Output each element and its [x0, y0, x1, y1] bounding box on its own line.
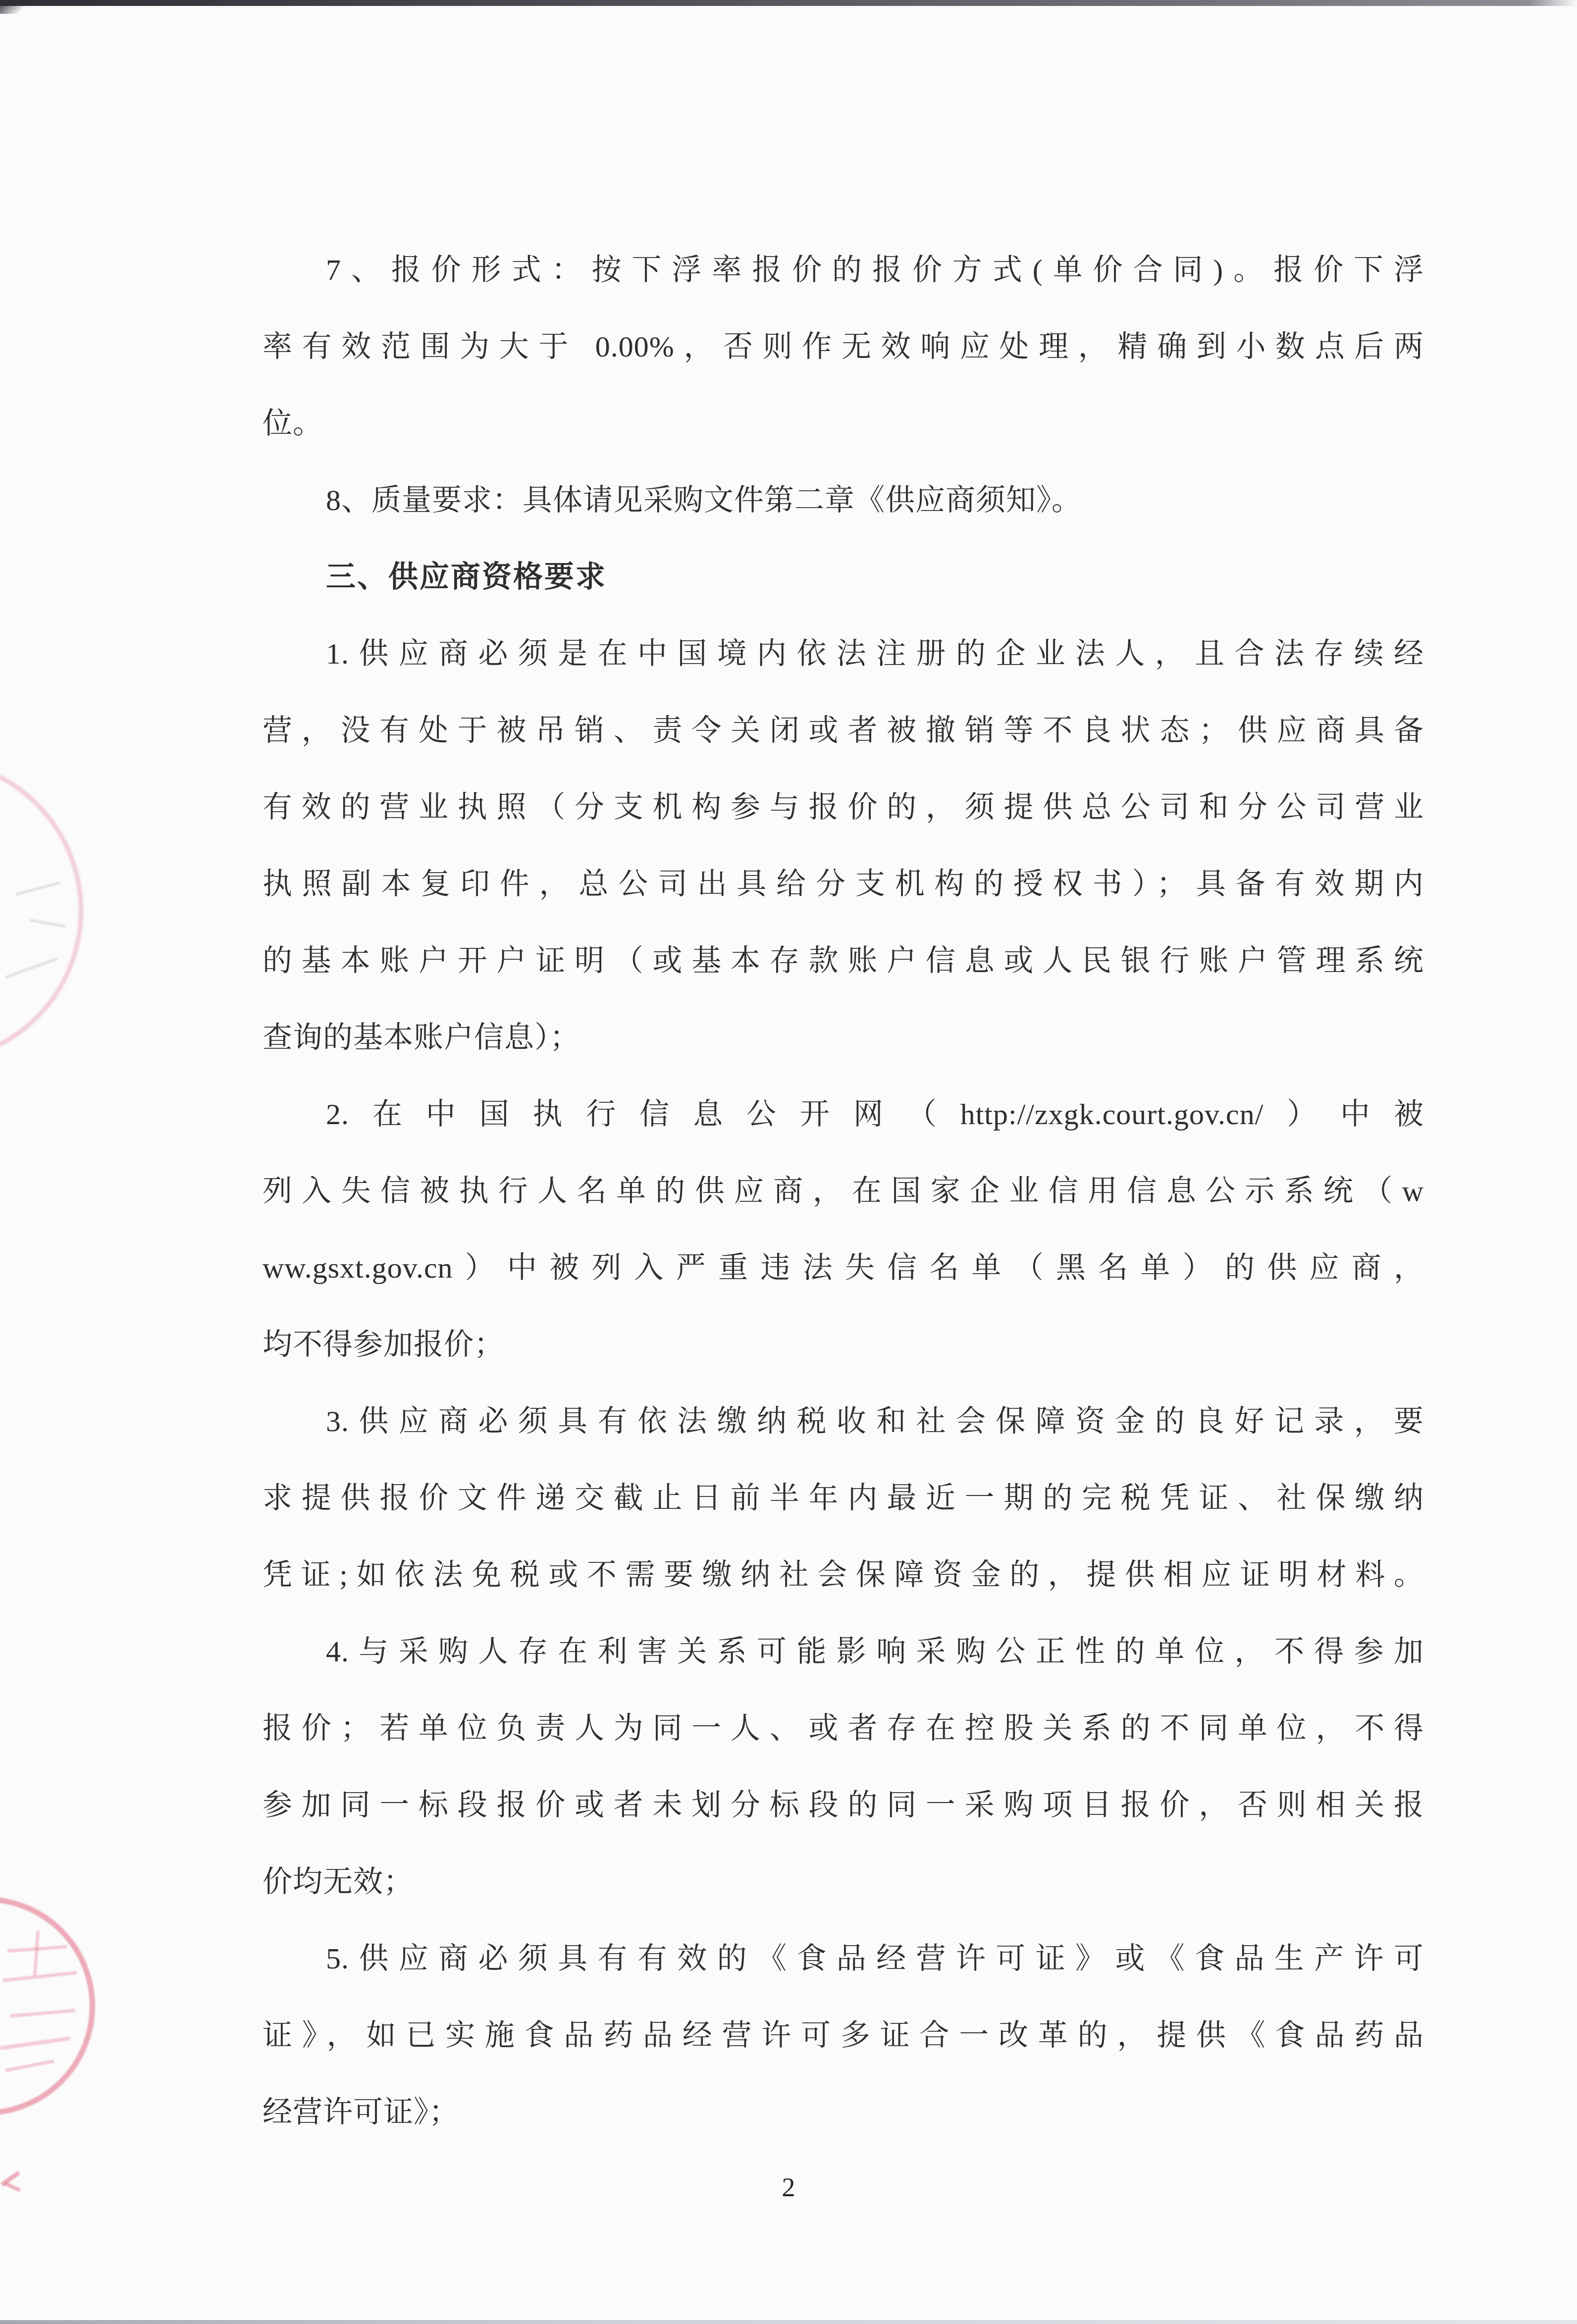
scan-edge-top	[0, 0, 1577, 6]
section-heading: 三、供应商资格要求	[263, 539, 1424, 616]
text-line: 证》，如已实施食品药品经营许可多证合一改革的，提供《食品药品	[263, 1997, 1424, 2074]
text-line: 率有效范围为大于 0.00%，否则作无效响应处理，精确到小数点后两	[263, 309, 1424, 385]
text-line: 求提供报价文件递交截止日前半年内最近一期的完税凭证、社保缴纳	[263, 1460, 1424, 1537]
text-line: 参加同一标段报价或者未划分标段的同一采购项目报价，否则相关报	[263, 1767, 1424, 1844]
text-line: 营，没有处于被吊销、责令关闭或者被撤销等不良状态；供应商具备	[263, 692, 1424, 769]
text-line: 查询的基本账户信息）；	[263, 999, 1424, 1076]
document-body: 7、报价形式：按下浮率报价的报价方式(单价合同)。报价下浮率有效范围为大于 0.…	[263, 232, 1424, 2151]
text-line: 凭证;如依法免税或不需要缴纳社会保障资金的，提供相应证明材料。	[263, 1537, 1424, 1613]
scan-edge-bottom	[0, 2320, 1577, 2324]
text-line: 8、质量要求：具体请见采购文件第二章《供应商须知》。	[263, 462, 1424, 539]
scanned-document-page: { "colors": { "paper": "#fbfbfc", "ink":…	[0, 0, 1577, 2324]
text-line: 有效的营业执照（分支机构参与报价的，须提供总公司和分公司营业	[263, 769, 1424, 846]
text-line: 列入失信被执行人名单的供应商，在国家企业信用信息公示系统（w	[263, 1153, 1424, 1230]
text-line: ww.gsxt.gov.cn）中被列入严重违法失信名单（黑名单）的供应商，	[263, 1230, 1424, 1306]
text-line: 1.供应商必须是在中国境内依法注册的企业法人，且合法存续经	[263, 616, 1424, 692]
text-line: 5.供应商必须具有有效的《食品经营许可证》或《食品生产许可	[263, 1920, 1424, 1997]
red-seal-arc-upper	[0, 758, 83, 1064]
text-line: 报价；若单位负责人为同一人、或者存在控股关系的不同单位，不得	[263, 1690, 1424, 1767]
text-line: 4.与采购人存在利害关系可能影响采购公正性的单位，不得参加	[263, 1613, 1424, 1690]
text-line: 7、报价形式：按下浮率报价的报价方式(单价合同)。报价下浮	[263, 232, 1424, 309]
text-line: 经营许可证》；	[263, 2074, 1424, 2151]
text-line: 执照副本复印件，总公司出具给分支机构的授权书）；具备有效期内	[263, 846, 1424, 923]
text-line: 3.供应商必须具有依法缴纳税收和社会保障资金的良好记录，要	[263, 1383, 1424, 1460]
red-seal-circle-lower	[0, 1897, 95, 2116]
text-line: 均不得参加报价；	[263, 1306, 1424, 1383]
text-line: 位。	[263, 385, 1424, 462]
page-number: 2	[0, 2165, 1577, 2210]
text-line: 2.在中国执行信息公开网（http://zxgk.court.gov.cn/）中…	[263, 1076, 1424, 1153]
text-line: 价均无效；	[263, 1844, 1424, 1920]
text-line: 的基本账户开户证明（或基本存款账户信息或人民银行账户管理系统	[263, 923, 1424, 999]
